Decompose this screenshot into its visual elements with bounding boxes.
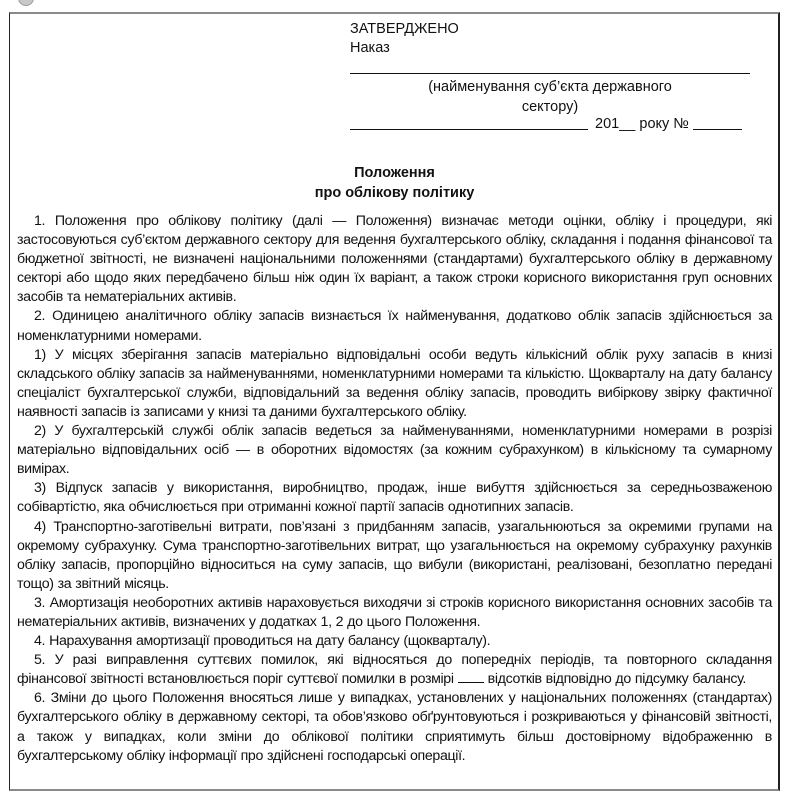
order-number-blank bbox=[693, 129, 742, 130]
paragraph-2-item-1: 1) У місцях зберігання запасів матеріаль… bbox=[17, 346, 772, 422]
approval-block: ЗАТВЕРДЖЕНО Наказ bbox=[350, 20, 750, 58]
paragraph-4: 4. Нарахування амортизації проводиться н… bbox=[17, 632, 772, 651]
paragraph-5-end: відсотків відповідно до підсумку балансу… bbox=[484, 671, 746, 687]
paragraph-3: 3. Амортизація необоротних активів нарах… bbox=[17, 594, 772, 632]
document-body: 1. Положення про облікову політику (далі… bbox=[17, 212, 772, 766]
document-subtitle: про облікову політику bbox=[9, 183, 780, 203]
document-title: Положення bbox=[9, 163, 780, 183]
entity-name-blank-line bbox=[350, 73, 750, 74]
paragraph-5: 5. У разі виправлення суттєвих помилок, … bbox=[17, 651, 772, 689]
order-label: Наказ bbox=[350, 39, 750, 58]
order-date-blank bbox=[350, 129, 588, 130]
paragraph-6: 6. Зміни до цього Положення вносяться ли… bbox=[17, 689, 772, 765]
order-date-line: 201__ року № bbox=[350, 114, 750, 136]
approved-label: ЗАТВЕРДЖЕНО bbox=[350, 20, 750, 39]
paragraph-1: 1. Положення про облікову політику (далі… bbox=[17, 212, 772, 307]
paragraph-2: 2. Одиницею аналітичного обліку запасів … bbox=[17, 307, 772, 345]
paragraph-2-item-2: 2) У бухгалтерській службі облік запасів… bbox=[17, 422, 772, 479]
corner-decoration-circle bbox=[18, 0, 34, 6]
entity-name-caption: (найменування суб’єкта державного сектор… bbox=[350, 78, 750, 117]
order-year-number-text: 201__ року № bbox=[591, 114, 693, 134]
paragraph-2-item-3: 3) Відпуск запасів у використання, вироб… bbox=[17, 479, 772, 517]
entity-caption-line-1: (найменування суб’єкта державного bbox=[350, 78, 750, 98]
threshold-percent-blank bbox=[458, 670, 484, 683]
paragraph-2-item-4: 4) Транспортно-заготівельні витрати, пов… bbox=[17, 518, 772, 594]
